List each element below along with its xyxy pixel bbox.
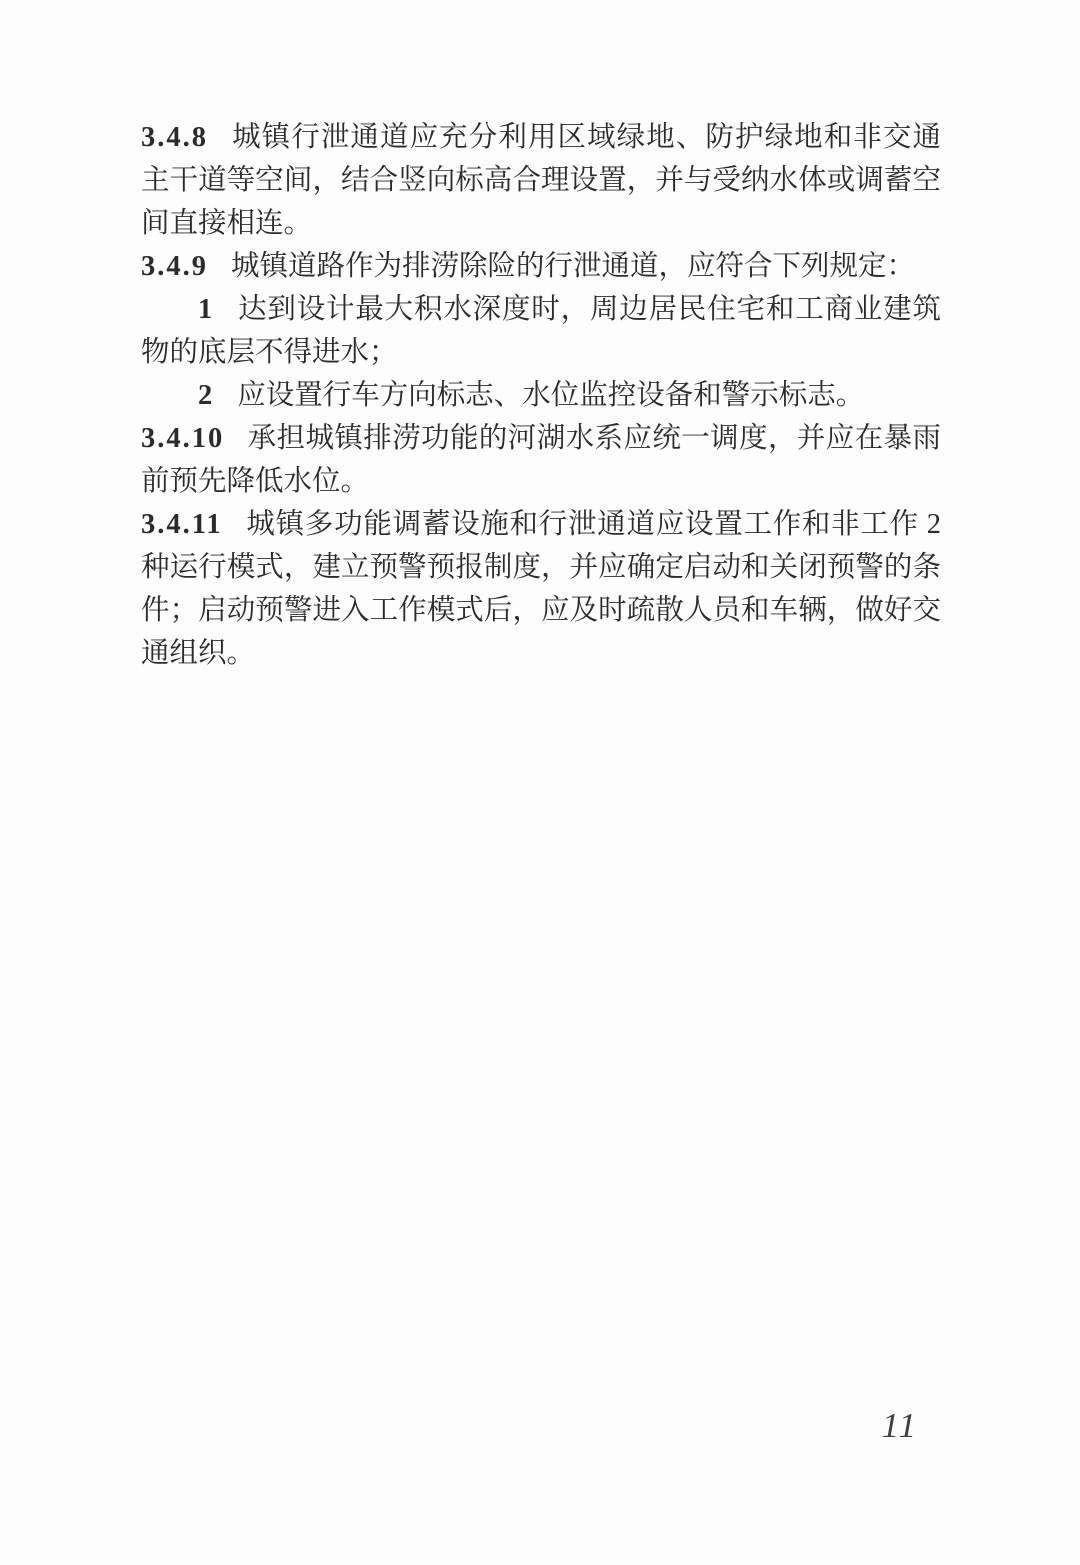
document-page: 3.4.8城镇行泄通道应充分利用区域绿地、防护绿地和非交通主干道等空间，结合竖向… (0, 0, 1080, 1565)
item-text: 应设置行车方向标志、水位监控设备和警示标志。 (237, 380, 864, 411)
clause-3-4-11: 3.4.11城镇多功能调蓄设施和行泄通道应设置工作和非工作 2 种运行模式，建立… (141, 503, 941, 675)
clause-number: 3.4.10 (141, 423, 224, 454)
list-item-1: 1达到设计最大积水深度时，周边居民住宅和工商业建筑物的底层不得进水； (141, 288, 941, 374)
clause-number: 3.4.8 (141, 122, 208, 153)
page-number: 11 (882, 1406, 918, 1446)
clause-number: 3.4.11 (141, 509, 223, 540)
item-text: 达到设计最大积水深度时，周边居民住宅和工商业建筑物的底层不得进水； (141, 294, 941, 368)
clause-3-4-8: 3.4.8城镇行泄通道应充分利用区域绿地、防护绿地和非交通主干道等空间，结合竖向… (141, 116, 941, 245)
list-item-2: 2应设置行车方向标志、水位监控设备和警示标志。 (141, 374, 941, 417)
clause-text: 城镇行泄通道应充分利用区域绿地、防护绿地和非交通主干道等空间，结合竖向标高合理设… (141, 122, 941, 239)
clause-text: 城镇道路作为排涝除险的行泄通道，应符合下列规定： (231, 251, 915, 282)
item-number: 2 (198, 380, 214, 411)
item-number: 1 (198, 294, 214, 325)
clause-number: 3.4.9 (141, 251, 208, 282)
clause-3-4-10: 3.4.10承担城镇排涝功能的河湖水系应统一调度，并应在暴雨前预先降低水位。 (141, 417, 941, 503)
clause-3-4-9: 3.4.9城镇道路作为排涝除险的行泄通道，应符合下列规定： (141, 245, 941, 288)
clause-text: 城镇多功能调蓄设施和行泄通道应设置工作和非工作 2 种运行模式，建立预警预报制度… (141, 509, 941, 669)
document-body: 3.4.8城镇行泄通道应充分利用区域绿地、防护绿地和非交通主干道等空间，结合竖向… (141, 116, 941, 675)
clause-text: 承担城镇排涝功能的河湖水系应统一调度，并应在暴雨前预先降低水位。 (141, 423, 941, 497)
